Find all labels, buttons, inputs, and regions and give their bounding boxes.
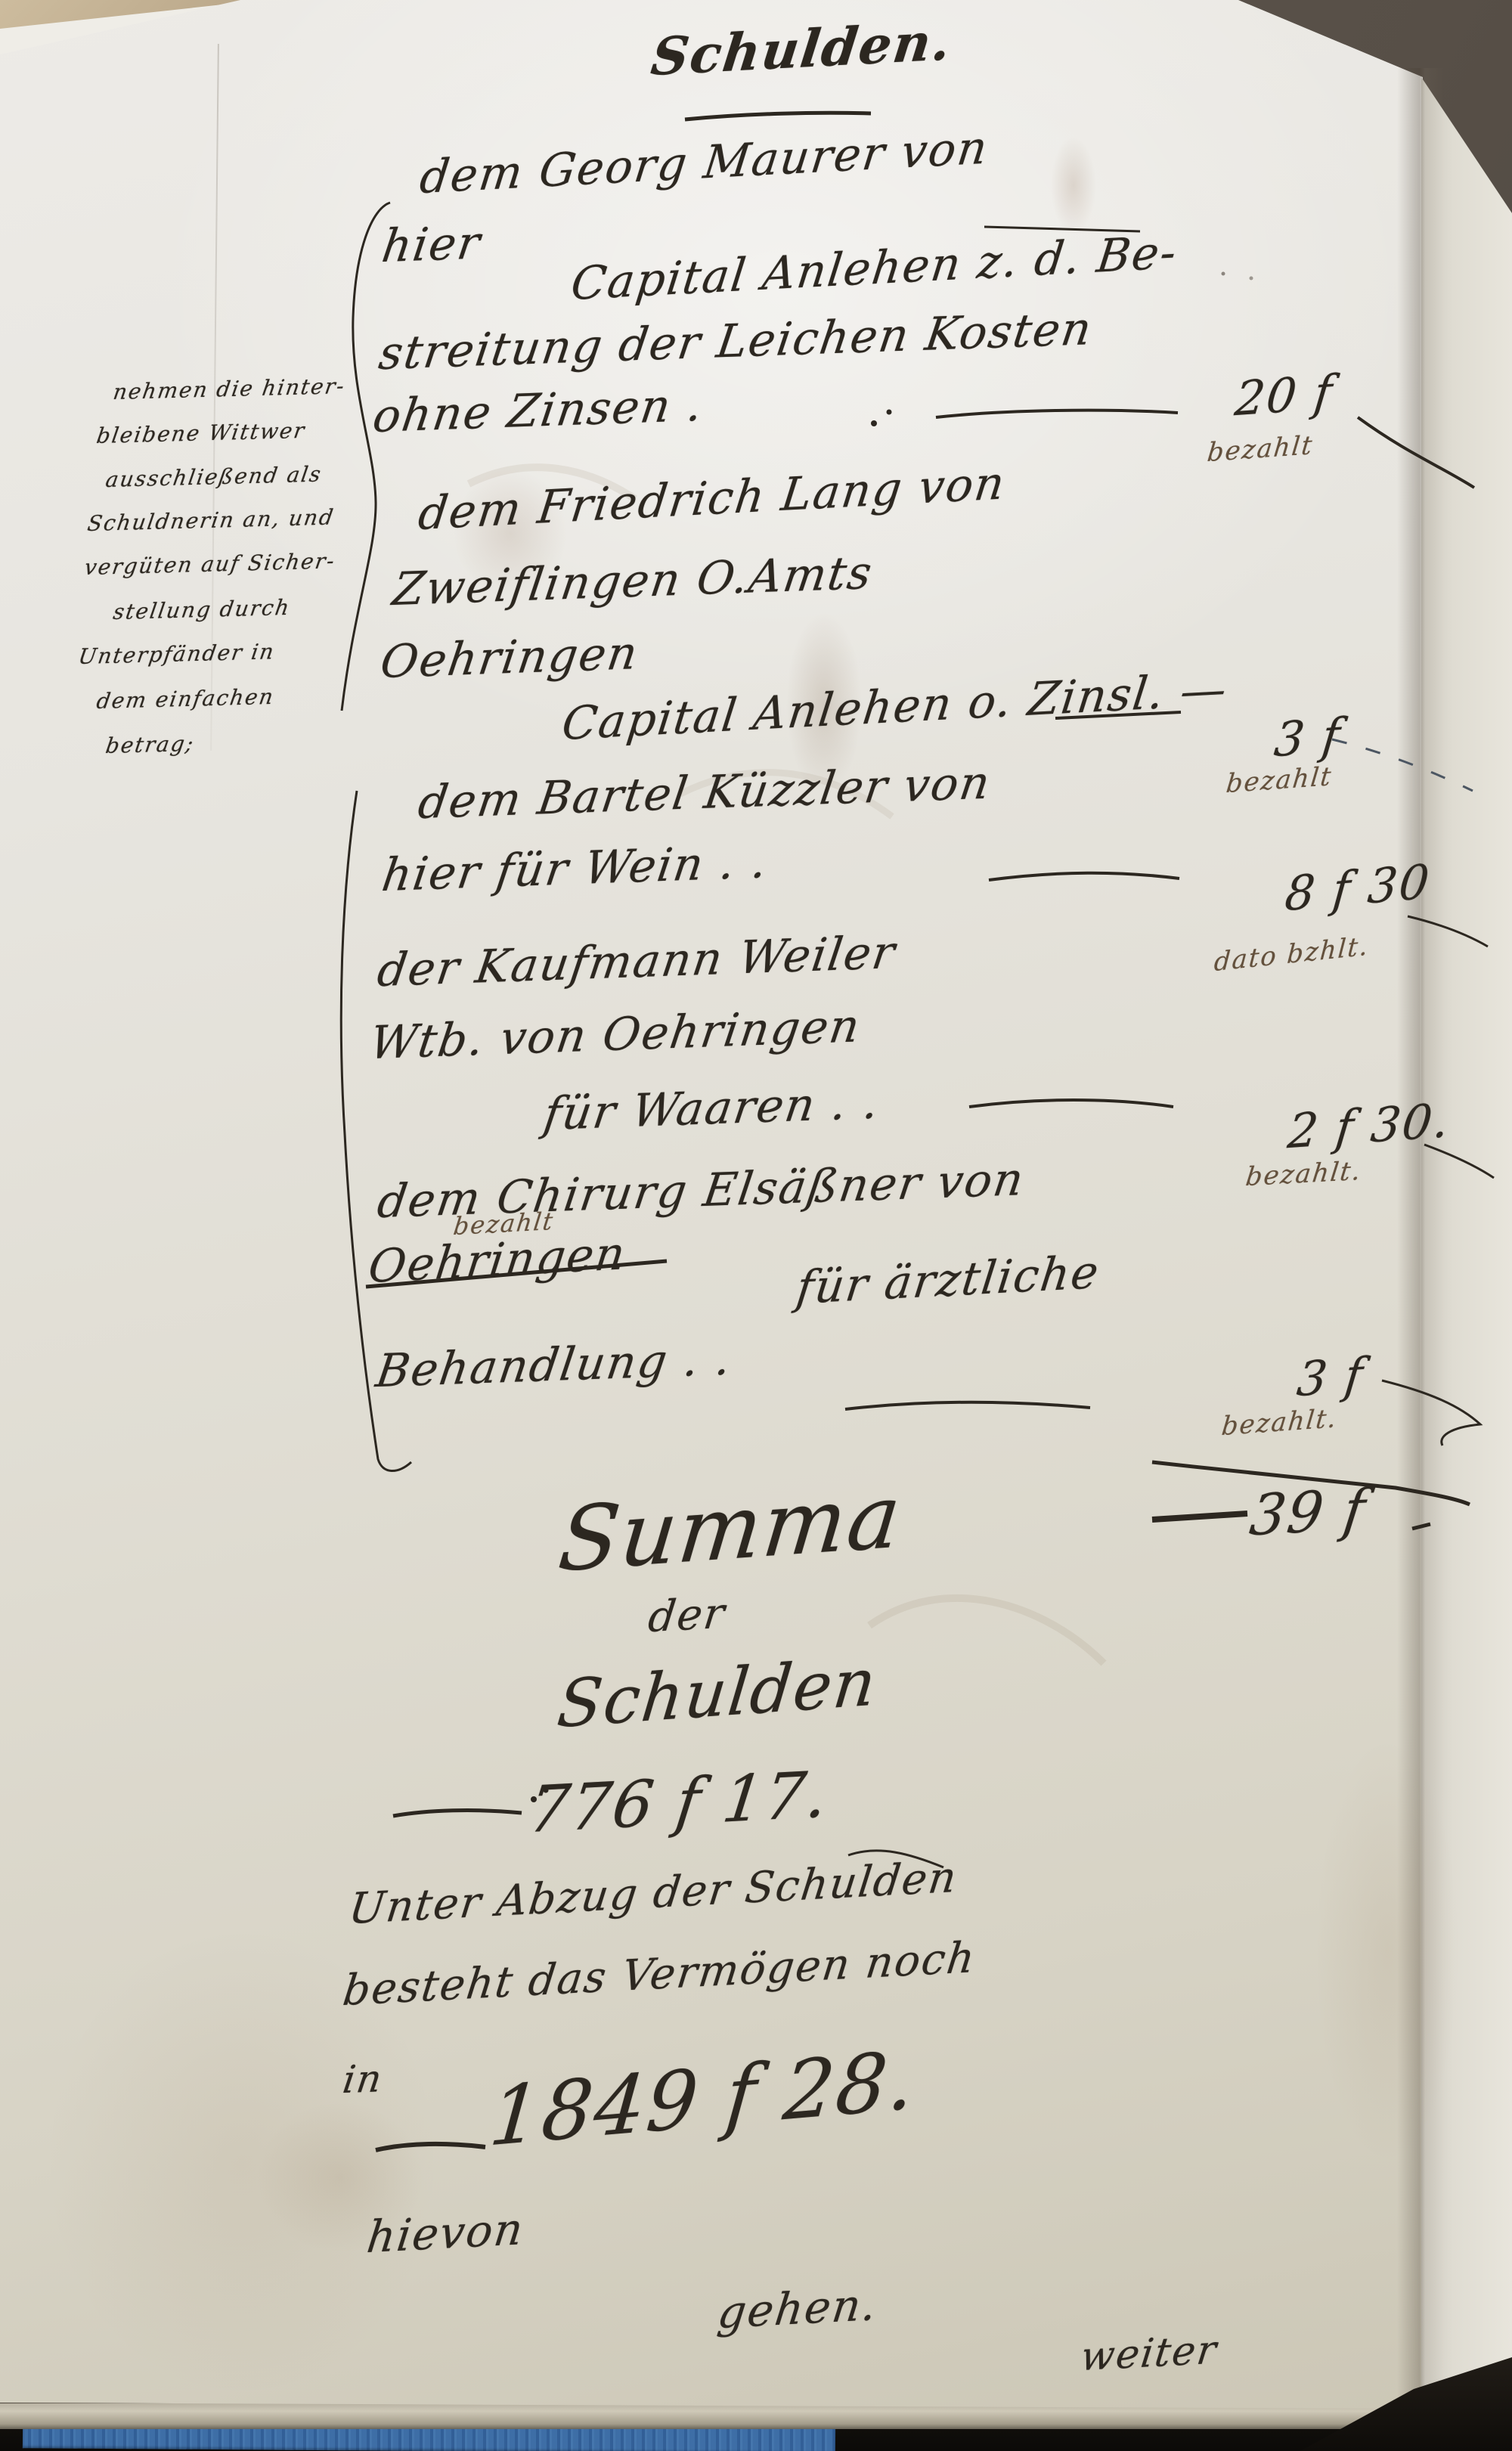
ink-dot	[887, 410, 892, 415]
margin-note-line: betrag;	[104, 733, 196, 757]
subtotal-amount: 39 f	[1247, 1482, 1369, 1545]
margin-note-line: Unterpfänder in	[77, 641, 277, 668]
margin-note-line: ausschließend als	[104, 463, 324, 491]
entry-line: ohne Zinsen .	[370, 383, 707, 440]
amount-value: 3 f	[1272, 712, 1343, 764]
closing-line: weiter	[1079, 2330, 1220, 2377]
margin-note-line: vergüten auf Sicher-	[83, 550, 337, 578]
margin-note-line: Schuldnerin an, und	[86, 507, 336, 535]
amount-flourish	[1382, 1380, 1480, 1446]
amount-value: 3 f	[1295, 1352, 1366, 1404]
page-title: Schulden.	[649, 16, 955, 83]
amount-value: 8 f 30	[1283, 858, 1432, 919]
struck-word: Oehringen	[366, 1231, 628, 1290]
line-flourish	[989, 873, 1179, 880]
subtotal-dash	[1152, 1514, 1247, 1520]
amount-value: 2 f 30.	[1286, 1097, 1452, 1156]
entry-line: hier für Wein . .	[380, 839, 771, 898]
paid-note: bezahlt.	[1244, 1158, 1363, 1190]
amount-value: 20 f	[1233, 369, 1336, 423]
ink-dot	[871, 420, 877, 426]
bleed-through-mark	[869, 1598, 1104, 1663]
ink-speck	[1250, 277, 1253, 280]
margin-note-line: nehmen die hinter-	[112, 376, 347, 403]
closing-dash	[376, 2144, 485, 2150]
margin-note-line: dem einfachen	[95, 686, 276, 712]
entry-line: hier	[380, 220, 484, 269]
closing-line: in	[340, 2059, 385, 2099]
amount-flourish	[1408, 916, 1488, 947]
closing-line: gehen.	[715, 2282, 880, 2335]
paid-note: bezahlt	[1206, 432, 1315, 466]
closing-line: hievon	[364, 2207, 526, 2259]
summa-word: Summa	[555, 1473, 906, 1585]
summa-dash	[393, 1811, 522, 1816]
line-flourish	[845, 1402, 1090, 1409]
margin-brace-stroke	[342, 203, 390, 711]
amount-flourish	[1332, 739, 1473, 791]
amount-flourish	[1358, 417, 1474, 488]
margin-note-line: bleibene Wittwer	[95, 420, 307, 447]
photo-of-manuscript-page: Schulden. nehmen die hinter- bleibene Wi…	[0, 0, 1512, 2451]
summa-amount: 776 f 17.	[525, 1762, 832, 1842]
line-flourish	[969, 1100, 1173, 1107]
summa-der: der	[646, 1592, 729, 1639]
paid-note: bezahlt.	[1220, 1405, 1339, 1439]
entry-line: Oehringen	[378, 631, 642, 685]
ink-speck	[1222, 272, 1225, 276]
paid-note: bezahlt	[1225, 764, 1334, 797]
margin-note-line: stellung durch	[112, 597, 292, 623]
amount-flourish	[1424, 1145, 1494, 1178]
title-underline	[685, 113, 871, 119]
line-flourish	[936, 411, 1178, 417]
entry-line: für Waaren . .	[541, 1080, 883, 1137]
subtotal-tick	[1412, 1524, 1430, 1529]
entry-line: Behandlung . .	[373, 1336, 735, 1394]
